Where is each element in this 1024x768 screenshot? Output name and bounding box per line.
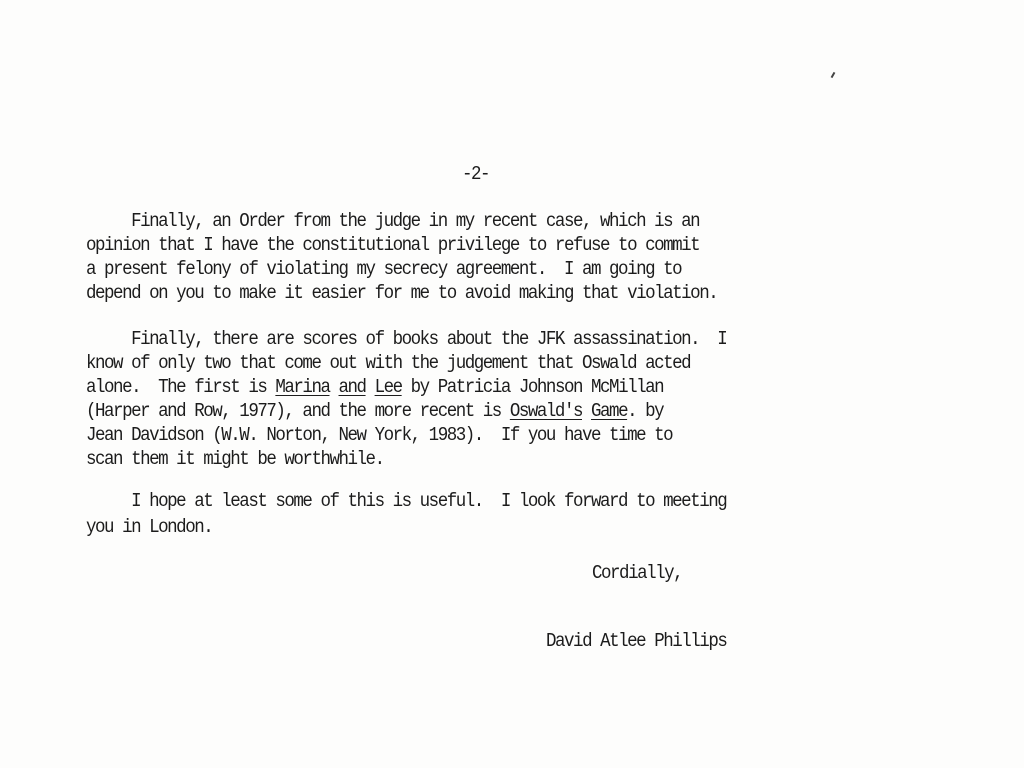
paragraph-1-line-1: Finally, an Order from the judge in my r… xyxy=(86,210,699,233)
book-title-word: Oswald's xyxy=(510,400,582,422)
book-title-word: Lee xyxy=(375,376,402,398)
paragraph-2-line-4: (Harper and Row, 1977), and the more rec… xyxy=(86,400,663,423)
book-title-word: Game xyxy=(591,400,627,422)
paragraph-3-line-1: I hope at least some of this is useful. … xyxy=(86,490,726,513)
book-title-word: Marina xyxy=(275,376,329,398)
paper-mark xyxy=(831,72,836,78)
closing: Cordially, xyxy=(592,562,682,585)
paragraph-1-line-4: depend on you to make it easier for me t… xyxy=(86,282,717,305)
paragraph-2-line-3: alone. The first is Marina and Lee by Pa… xyxy=(86,376,663,399)
paragraph-3-line-2: you in London. xyxy=(86,516,212,539)
page-number: -2- xyxy=(462,163,489,186)
text: by Patricia Johnson McMillan xyxy=(402,376,664,398)
paragraph-2-line-1: Finally, there are scores of books about… xyxy=(86,328,726,351)
text: alone. The first is xyxy=(86,376,275,398)
book-title-word: and xyxy=(339,376,366,398)
paragraph-1-line-3: a present felony of violating my secrecy… xyxy=(86,258,681,281)
paragraph-1-line-2: opinion that I have the constitutional p… xyxy=(86,234,699,257)
signature: David Atlee Phillips xyxy=(546,630,726,653)
text: . by xyxy=(627,400,663,422)
text: (Harper and Row, 1977), and the more rec… xyxy=(86,400,510,422)
letter-page: -2- Finally, an Order from the judge in … xyxy=(0,0,1024,768)
paragraph-2-line-2: know of only two that come out with the … xyxy=(86,352,690,375)
paragraph-2-line-5: Jean Davidson (W.W. Norton, New York, 19… xyxy=(86,424,672,447)
paragraph-2-line-6: scan them it might be worthwhile. xyxy=(86,448,384,471)
